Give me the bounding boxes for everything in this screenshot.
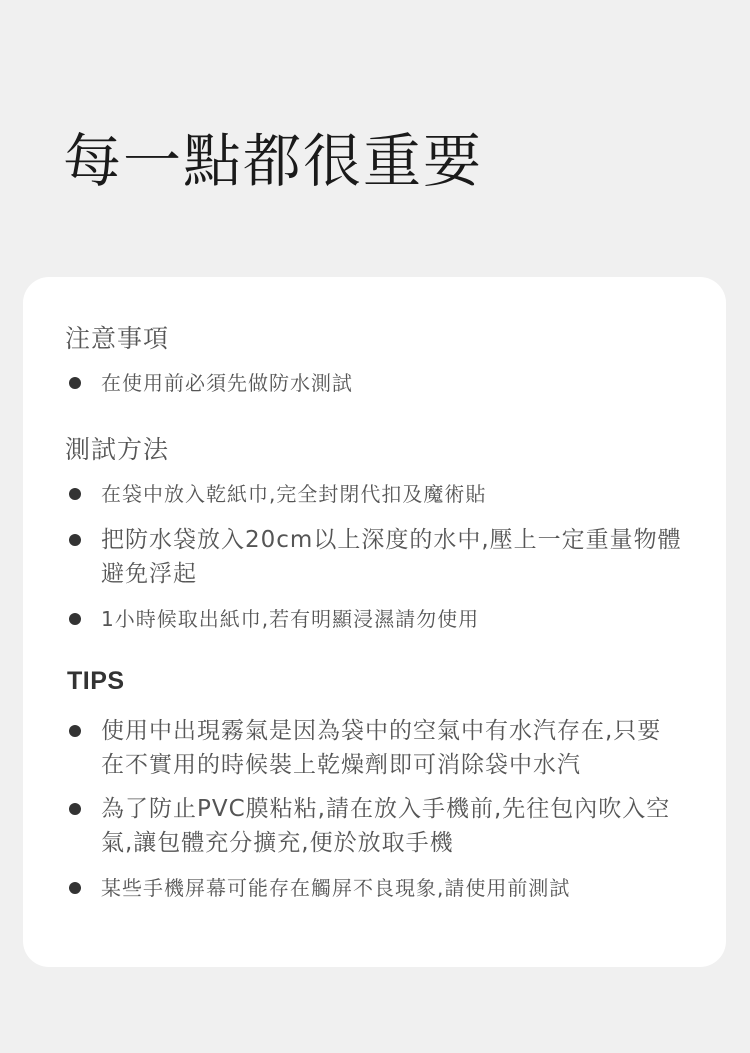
bullet-dot-icon [69, 534, 81, 546]
notice-list: 在使用前必須先做防水測試 [65, 368, 685, 398]
test-method-list: 在袋中放入乾紙巾,完全封閉代扣及魔術貼 [65, 479, 685, 509]
bullet-dot-icon [69, 613, 81, 625]
test-method-list-cont: 把防水袋放入20cm以上深度的水中,壓上一定重量物體避免浮起 [65, 523, 685, 591]
bullet-dot-icon [69, 882, 81, 894]
list-item-text: 把防水袋放入20cm以上深度的水中,壓上一定重量物體避免浮起 [101, 527, 682, 587]
bullet-dot-icon [69, 725, 81, 737]
list-item: 把防水袋放入20cm以上深度的水中,壓上一定重量物體避免浮起 [65, 523, 685, 591]
page-title: 每一點都很重要 [63, 130, 483, 194]
info-card: 注意事項 在使用前必須先做防水測試 測試方法 在袋中放入乾紙巾,完全封閉代扣及魔… [23, 277, 726, 967]
list-item: 某些手機屏幕可能存在觸屏不良現象,請使用前測試 [65, 873, 685, 903]
list-item: 為了防止PVC膜粘粘,請在放入手機前,先往包內吹入空氣,讓包體充分擴充,便於放取… [65, 792, 685, 860]
notice-heading: 注意事項 [65, 319, 169, 355]
tips-list-3: 某些手機屏幕可能存在觸屏不良現象,請使用前測試 [65, 873, 685, 903]
list-item: 在袋中放入乾紙巾,完全封閉代扣及魔術貼 [65, 479, 685, 509]
list-item-text: 1小時候取出紙巾,若有明顯浸濕請勿使用 [101, 607, 479, 631]
test-method-heading: 測試方法 [65, 430, 169, 466]
bullet-dot-icon [69, 377, 81, 389]
list-item-text: 在使用前必須先做防水測試 [101, 371, 353, 395]
tips-list-2: 為了防止PVC膜粘粘,請在放入手機前,先往包內吹入空氣,讓包體充分擴充,便於放取… [65, 792, 685, 860]
list-item-text: 為了防止PVC膜粘粘,請在放入手機前,先往包內吹入空氣,讓包體充分擴充,便於放取… [101, 796, 670, 856]
list-item-text: 在袋中放入乾紙巾,完全封閉代扣及魔術貼 [101, 482, 486, 506]
list-item: 使用中出現霧氣是因為袋中的空氣中有水汽存在,只要在不實用的時候裝上乾燥劑即可消除… [65, 714, 685, 782]
tips-list: 使用中出現霧氣是因為袋中的空氣中有水汽存在,只要在不實用的時候裝上乾燥劑即可消除… [65, 714, 685, 782]
list-item: 在使用前必須先做防水測試 [65, 368, 685, 398]
bullet-dot-icon [69, 488, 81, 500]
list-item-text: 使用中出現霧氣是因為袋中的空氣中有水汽存在,只要在不實用的時候裝上乾燥劑即可消除… [101, 718, 661, 778]
list-item: 1小時候取出紙巾,若有明顯浸濕請勿使用 [65, 604, 685, 634]
list-item-text: 某些手機屏幕可能存在觸屏不良現象,請使用前測試 [101, 876, 570, 900]
tips-heading: TIPS [67, 667, 125, 696]
bullet-dot-icon [69, 803, 81, 815]
test-method-list-end: 1小時候取出紙巾,若有明顯浸濕請勿使用 [65, 604, 685, 634]
